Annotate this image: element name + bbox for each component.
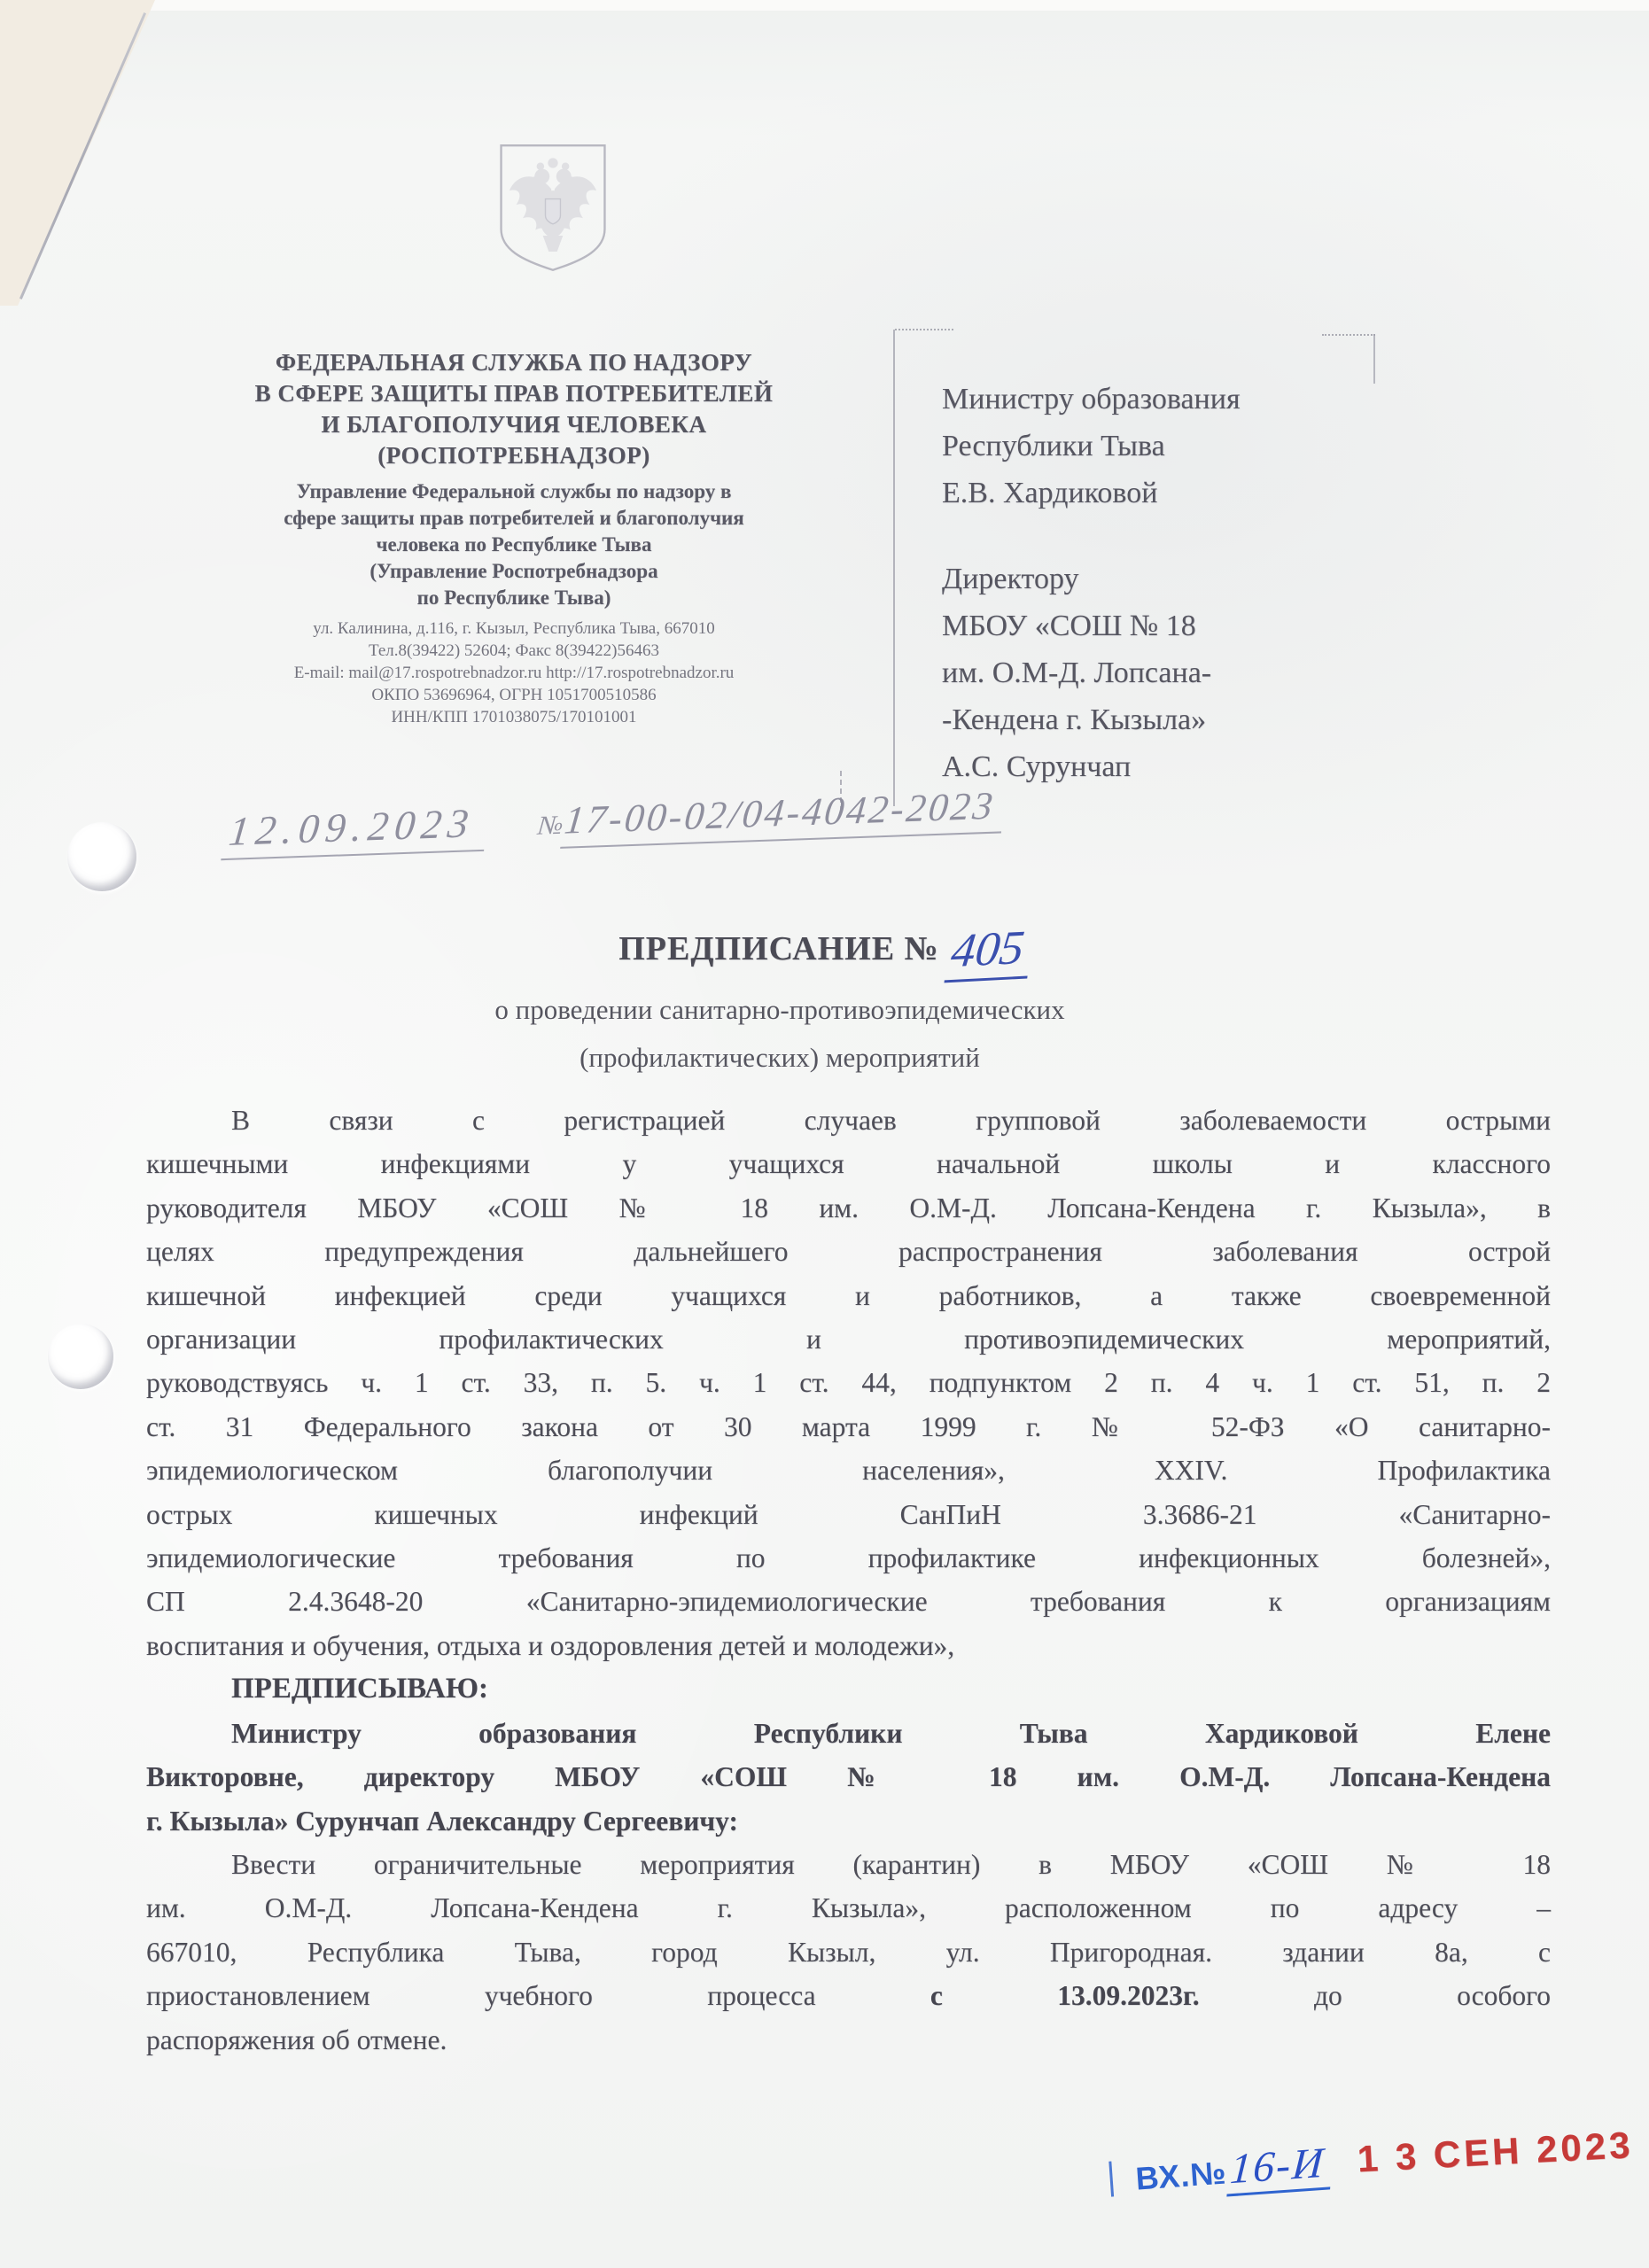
body-line-bold: г. Кызыла» Сурунчап Александру Сергеевич… (146, 1799, 1551, 1843)
body-line: кишечной инфекцией среди учащихся и рабо… (146, 1274, 1551, 1317)
order-heading: ПРЕДПИСЫВАЮ: (146, 1667, 1551, 1711)
body-line: целях предупреждения дальнейшего распрос… (146, 1230, 1551, 1273)
body-line-segment: приостановлением учебного процесса (146, 1980, 816, 2011)
body-line: эпидемиологическом благополучии населени… (146, 1449, 1551, 1492)
org-contact-line: Тел.8(39422) 52604; Факс 8(39422)56463 (142, 640, 886, 662)
address-zone-mark (893, 330, 895, 806)
recipient-line: -Кендена г. Кызыла» (942, 696, 1385, 743)
body-line: Ввести ограничительные мероприятия (кара… (146, 1843, 1551, 1886)
body-line: СП 2.4.3648-20 «Санитарно-эпидемиологиче… (146, 1580, 1551, 1623)
org-name-line: (РОСПОТРЕБНАДЗОР) (142, 440, 886, 471)
body-line: 667010, Республика Тыва, город Кызыл, ул… (146, 1930, 1551, 1974)
body-line: воспитания и обучения, отдыха и оздоровл… (146, 1624, 1551, 1667)
russia-coat-of-arms-icon (494, 140, 611, 275)
org-contact-line: E-mail: mail@17.rospotrebnadzor.ru http:… (142, 662, 886, 684)
org-department-line: сфере защиты прав потребителей и благопо… (142, 505, 886, 532)
stamp-tick-mark (1108, 2161, 1114, 2196)
punch-hole (67, 822, 136, 891)
recipient-line: Республики Тыва (942, 423, 1385, 470)
incoming-number-label: ВХ.№ (1134, 2155, 1227, 2197)
document-title: ПРЕДПИСАНИЕ №405 (0, 921, 1649, 981)
document-body: В связи с регистрацией случаев групповой… (146, 1099, 1551, 2062)
handwritten-number: 17-00-02/04-4042-2023 (560, 782, 1007, 849)
quarantine-date: с 13.09.2023г. (930, 1980, 1200, 2011)
recipient-line: Министру образования (942, 376, 1385, 423)
org-department-line: Управление Федеральной службы по надзору… (142, 478, 886, 505)
body-line: В связи с регистрацией случаев групповой… (146, 1099, 1551, 1142)
recipient-line: им. О.М-Д. Лопсана- (942, 649, 1385, 696)
document-subtitle: (профилактических) мероприятий (44, 1042, 1515, 1074)
recipient-line: МБОУ «СОШ № 18 (942, 602, 1385, 649)
body-line: организации профилактических и противоэп… (146, 1317, 1551, 1361)
recipient-line: Директору (942, 555, 1385, 602)
reference-line: 12.09.2023 №17-00-02/04-4042-2023 (222, 773, 1242, 860)
outgoing-number: №17-00-02/04-4042-2023 (538, 806, 1004, 837)
org-department-line: (Управление Роспотребнадзора (142, 558, 886, 585)
org-name-line: В СФЕРЕ ЗАЩИТЫ ПРАВ ПОТРЕБИТЕЛЕЙ (142, 378, 886, 409)
body-line: ст. 31 Федерального закона от 30 марта 1… (146, 1405, 1551, 1449)
body-line: распоряжения об отмене. (146, 2018, 1551, 2062)
scan-underlay-corner (0, 0, 177, 319)
body-line: кишечными инфекциями у учащихся начально… (146, 1142, 1551, 1185)
date-stamp: 1 3 СЕН 2023 (1357, 2124, 1635, 2180)
org-contact-line: ОКПО 53696964, ОГРН 1051700510586 (142, 684, 886, 706)
recipient-block: Министру образования Республики Тыва Е.В… (942, 376, 1385, 790)
title-text: ПРЕДПИСАНИЕ № (618, 930, 939, 967)
body-line: приостановлением учебного процесса с 13.… (146, 1974, 1551, 2017)
address-zone-mark (895, 329, 953, 330)
body-line: руководителя МБОУ «СОШ № 18 им. О.М-Д. Л… (146, 1186, 1551, 1230)
body-line: руководствуясь ч. 1 ст. 33, п. 5. ч. 1 с… (146, 1361, 1551, 1404)
org-name-line: ФЕДЕРАЛЬНАЯ СЛУЖБА ПО НАДЗОРУ (142, 347, 886, 378)
org-contact-line: ИНН/КПП 1701038075/170101001 (142, 706, 886, 728)
body-line: эпидемиологические требования по профила… (146, 1536, 1551, 1580)
body-line: им. О.М-Д. Лопсана-Кендена г. Кызыла», р… (146, 1886, 1551, 1930)
org-department-line: человека по Республике Тыва (142, 532, 886, 558)
letterhead-block: ФЕДЕРАЛЬНАЯ СЛУЖБА ПО НАДЗОРУ В СФЕРЕ ЗА… (142, 347, 886, 728)
body-line-bold: Министру образования Республики Тыва Хар… (146, 1712, 1551, 1755)
org-department-line: по Республике Тыва) (142, 585, 886, 611)
handwritten-order-number: 405 (944, 920, 1034, 983)
scan-top-edge (0, 0, 1649, 11)
punch-hole (48, 1324, 113, 1389)
recipient-line: Е.В. Хардиковой (942, 470, 1385, 517)
body-line-bold: Викторовне, директору МБОУ «СОШ № 18 им.… (146, 1755, 1551, 1798)
address-zone-mark (1322, 334, 1375, 336)
scanned-document-page: ФЕДЕРАЛЬНАЯ СЛУЖБА ПО НАДЗОРУ В СФЕРЕ ЗА… (0, 0, 1649, 2268)
handwritten-date: 12.09.2023 (221, 799, 489, 861)
handwritten-incoming-number: 16-И (1226, 2138, 1333, 2197)
recipient-gap (942, 517, 1385, 555)
org-name-line: И БЛАГОПОЛУЧИЯ ЧЕЛОВЕКА (142, 409, 886, 440)
document-subtitle: о проведении санитарно-противоэпидемичес… (44, 994, 1515, 1026)
body-line: острых кишечных инфекций СанПиН 3.3686-2… (146, 1493, 1551, 1536)
incoming-stamp: ВХ.№16-И1 3 СЕН 2023 (1108, 2117, 1636, 2204)
body-line-segment: до особого (1314, 1980, 1551, 2011)
org-contact-line: ул. Калинина, д.116, г. Кызыл, Республик… (142, 617, 886, 640)
